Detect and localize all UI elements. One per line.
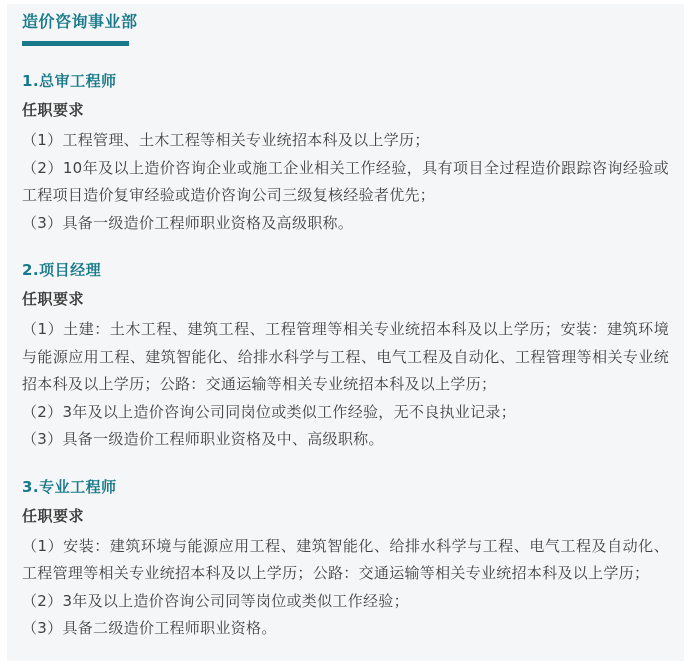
requirement-item: （3）具备一级造价工程师职业资格及高级职称。 (22, 210, 669, 238)
job-section-chief-review-engineer: 1.总审工程师 任职要求 （1）工程管理、土木工程等相关专业统招本科及以上学历；… (22, 72, 669, 237)
requirement-item: （3）具备一级造价工程师职业资格及中、高级职称。 (22, 426, 669, 454)
content-panel: 造价咨询事业部 1.总审工程师 任职要求 （1）工程管理、土木工程等相关专业统招… (7, 4, 684, 661)
requirement-item: （2）3年及以上造价咨询公司同岗位或类似工作经验，无不良执业记录； (22, 399, 669, 427)
job-posting-page: 造价咨询事业部 1.总审工程师 任职要求 （1）工程管理、土木工程等相关专业统招… (0, 0, 692, 669)
job-section-professional-engineer: 3.专业工程师 任职要求 （1）安装：建筑环境与能源应用工程、建筑智能化、给排水… (22, 478, 669, 643)
requirement-item: （1）安装：建筑环境与能源应用工程、建筑智能化、给排水科学与工程、电气工程及自动… (22, 533, 669, 588)
job-title: 1.总审工程师 (22, 72, 669, 90)
department-title: 造价咨询事业部 (22, 12, 669, 32)
requirements-label: 任职要求 (22, 291, 669, 307)
requirement-item: （2）3年及以上造价咨询公司同等岗位或类似工作经验； (22, 588, 669, 616)
title-underline (22, 41, 129, 46)
requirements-label: 任职要求 (22, 102, 669, 118)
requirement-item: （1）土建：土木工程、建筑工程、工程管理等相关专业统招本科及以上学历；安装：建筑… (22, 316, 669, 399)
requirements-label: 任职要求 (22, 508, 669, 524)
job-title: 3.专业工程师 (22, 478, 669, 496)
page-header: 造价咨询事业部 (22, 12, 669, 46)
requirement-item: （3）具备二级造价工程师职业资格。 (22, 615, 669, 643)
requirement-item: （1）工程管理、土木工程等相关专业统招本科及以上学历； (22, 127, 669, 155)
job-section-project-manager: 2.项目经理 任职要求 （1）土建：土木工程、建筑工程、工程管理等相关专业统招本… (22, 261, 669, 454)
job-title: 2.项目经理 (22, 261, 669, 279)
requirement-item: （2）10年及以上造价咨询企业或施工企业相关工作经验，具有项目全过程造价跟踪咨询… (22, 155, 669, 210)
